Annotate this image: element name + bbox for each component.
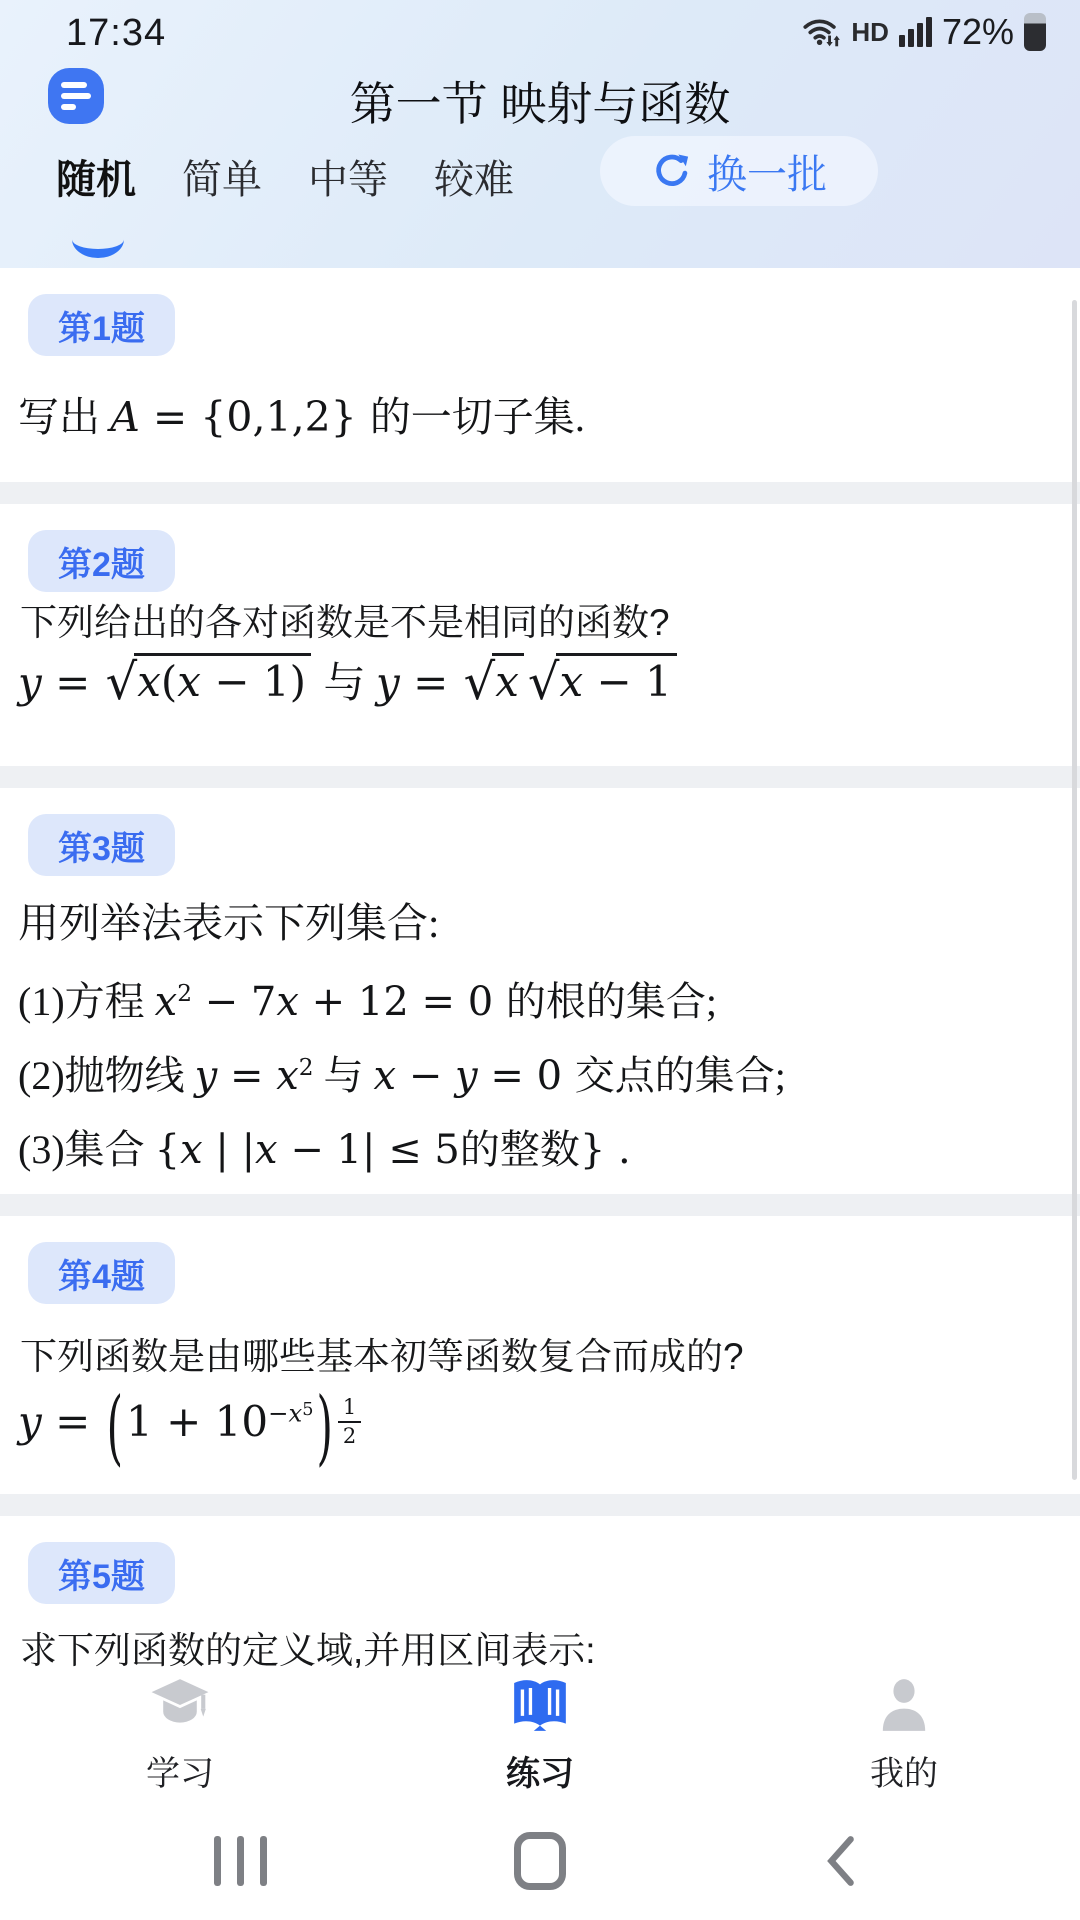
question-card-3[interactable]: 第3题 用列举法表示下列集合: (1)方程 x2 − 7x + 12 = 0 的… xyxy=(0,788,1080,1194)
question-card-1[interactable]: 第1题 写出 A = {0,1,2} 的一切子集. xyxy=(0,268,1080,482)
nav-label: 练习 xyxy=(506,1746,574,1795)
left-paren: ( xyxy=(107,1379,123,1475)
battery-icon xyxy=(1024,13,1046,51)
question-badge: 第3题 xyxy=(28,814,175,876)
radical-sign: √ xyxy=(106,658,138,708)
question-card-5[interactable]: 第5题 求下列函数的定义域,并用区间表示: xyxy=(0,1516,1080,1668)
nav-label: 学习 xyxy=(146,1746,214,1795)
refresh-batch-button[interactable]: 换一批 xyxy=(600,136,878,206)
question-formula: y = (1 + 10−x5)12 xyxy=(18,1394,361,1451)
person-icon xyxy=(873,1676,935,1734)
tab-random[interactable]: 随机 xyxy=(56,148,136,205)
active-tab-indicator xyxy=(72,238,124,258)
question-text: 用列举法表示下列集合: xyxy=(18,890,439,949)
wifi-icon xyxy=(801,12,841,52)
question-text: 下列给出的各对函数是不是相同的函数? xyxy=(20,592,670,646)
difficulty-tabs: 随机 简单 中等 较难 xyxy=(56,148,514,205)
tab-easy[interactable]: 简单 xyxy=(182,148,262,205)
question-card-2[interactable]: 第2题 下列给出的各对函数是不是相同的函数? y = √x(x − 1) 与 y… xyxy=(0,504,1080,766)
graduation-cap-icon xyxy=(149,1676,211,1734)
clock: 17:34 xyxy=(66,12,166,55)
bottom-navigation: 学习 练习 我的 xyxy=(0,1668,1080,1806)
question-formula: y = √x(x − 1) 与 y = √x√x − 1 xyxy=(18,650,679,710)
question-card-4[interactable]: 第4题 下列函数是由哪些基本初等函数复合而成的? y = (1 + 10−x5)… xyxy=(0,1216,1080,1494)
hd-indicator: HD xyxy=(851,17,889,48)
back-icon[interactable] xyxy=(816,1832,866,1890)
refresh-icon xyxy=(651,150,693,192)
radical-sign: √ xyxy=(464,658,496,708)
status-bar: 17:34 HD 72% xyxy=(0,0,1080,62)
question-badge: 第5题 xyxy=(28,1542,175,1604)
signal-strength-icon xyxy=(899,17,932,47)
refresh-batch-label: 换一批 xyxy=(707,143,827,200)
scrollbar[interactable] xyxy=(1072,300,1077,1480)
question-text: 求下列函数的定义域,并用区间表示: xyxy=(20,1620,596,1674)
right-paren: ) xyxy=(316,1379,332,1475)
nav-label: 我的 xyxy=(870,1746,938,1795)
tab-medium[interactable]: 中等 xyxy=(308,148,388,205)
nav-item-practice[interactable]: 练习 xyxy=(465,1676,615,1795)
tab-hard[interactable]: 较难 xyxy=(434,148,514,205)
fraction-exponent: 12 xyxy=(338,1394,361,1450)
recents-icon[interactable] xyxy=(214,1836,267,1886)
question-text: 写出 A = {0,1,2} 的一切子集. xyxy=(18,384,585,443)
nav-item-profile[interactable]: 我的 xyxy=(829,1676,979,1795)
battery-percent: 72% xyxy=(942,11,1014,53)
question-subitem-3: (3)集合 {x | |x − 1| ≤ 5的整数} . xyxy=(18,1118,631,1175)
question-subitem-1: (1)方程 x2 − 7x + 12 = 0 的根的集合; xyxy=(18,970,717,1027)
question-badge: 第2题 xyxy=(28,530,175,592)
home-icon[interactable] xyxy=(514,1832,566,1890)
android-nav-bar xyxy=(0,1806,1080,1920)
open-book-icon xyxy=(509,1676,571,1734)
question-badge: 第1题 xyxy=(28,294,175,356)
page-title: 第一节 映射与函数 xyxy=(0,68,1080,134)
question-text: 下列函数是由哪些基本初等函数复合而成的? xyxy=(20,1326,744,1380)
nav-item-study[interactable]: 学习 xyxy=(105,1676,255,1795)
question-badge: 第4题 xyxy=(28,1242,175,1304)
question-subitem-2: (2)抛物线 y = x2 与 x − y = 0 交点的集合; xyxy=(18,1044,786,1101)
header: 17:34 HD 72% xyxy=(0,0,1080,268)
radical-sign: √ xyxy=(528,658,560,708)
app-screen: 17:34 HD 72% xyxy=(0,0,1080,1920)
